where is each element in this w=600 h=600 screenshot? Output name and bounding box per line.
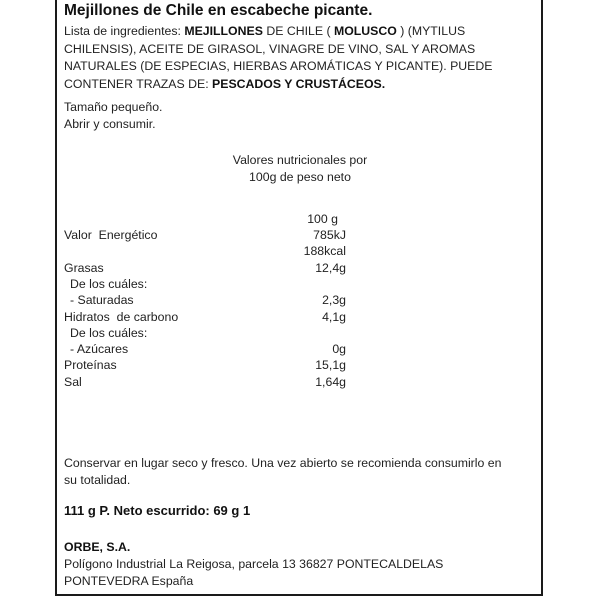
storage-line2: su totalidad. (64, 473, 130, 487)
nutrition-column-header: 100 g (64, 211, 346, 227)
nutrition-header-line1: Valores nutricionales por (200, 151, 400, 169)
nutrient-value: 0g (332, 341, 346, 357)
nutrition-row: - Saturadas2,3g (64, 292, 346, 308)
nutrient-label: Sal (64, 374, 82, 390)
nutrition-row: Proteínas15,1g (64, 357, 346, 373)
nutrition-row: Grasas12,4g (64, 260, 346, 276)
nutrient-label: Valor Energético (64, 227, 157, 243)
product-title: Mejillones de Chile en escabeche picante… (64, 2, 372, 20)
ingredient-text: Lista de ingredientes: (64, 24, 184, 38)
nutrient-value: 4,1g (322, 309, 346, 325)
nutrient-label: De los cuáles: (70, 276, 147, 292)
nutrient-value: 2,3g (322, 292, 346, 308)
nutrient-value: 785kJ (313, 227, 346, 243)
nutrition-row: Sal1,64g (64, 374, 346, 390)
column-header-value: 100 g (307, 211, 338, 227)
nutrient-label: - Saturadas (70, 292, 134, 308)
nutrition-row: De los cuáles: (64, 325, 346, 341)
nutrient-value: 1,64g (315, 374, 346, 390)
ingredient-allergen: PESCADOS Y CRUSTÁCEOS. (212, 77, 385, 91)
nutrient-value: 12,4g (315, 260, 346, 276)
nutrient-label: De los cuáles: (70, 325, 147, 341)
size-note: Tamaño pequeño. (64, 100, 162, 114)
ingredients-list: Lista de ingredientes: MEJILLONES DE CHI… (64, 23, 534, 93)
nutrition-row: Valor Energético785kJ (64, 227, 346, 243)
ingredient-allergen: MOLUSCO (334, 24, 397, 38)
nutrition-header-line2: 100g de peso neto (200, 168, 400, 186)
nutrition-row: 188kcal (64, 243, 346, 259)
nutrient-label: Grasas (64, 260, 104, 276)
manufacturer-address-line2: PONTEVEDRA España (64, 574, 193, 588)
manufacturer-name: ORBE, S.A. (64, 540, 130, 554)
nutrient-value: 15,1g (315, 357, 346, 373)
nutrition-row: De los cuáles: (64, 276, 346, 292)
nutrient-label: Hidratos de carbono (64, 309, 178, 325)
ingredient-text: DE CHILE ( (263, 24, 334, 38)
nutrient-label: - Azúcares (70, 341, 128, 357)
nutrition-row: - Azúcares0g (64, 341, 346, 357)
nutrient-label: Proteínas (64, 357, 117, 373)
nutrition-row: Hidratos de carbono4,1g (64, 309, 346, 325)
nutrient-value: 188kcal (304, 243, 346, 259)
usage-note: Abrir y consumir. (64, 117, 156, 131)
manufacturer-address-line1: Polígono Industrial La Reigosa, parcela … (64, 557, 443, 571)
storage-line1: Conservar en lugar seco y fresco. Una ve… (64, 456, 501, 470)
net-weight: 111 g P. Neto escurrido: 69 g 1 (64, 503, 250, 518)
ingredient-allergen: MEJILLONES (184, 24, 263, 38)
